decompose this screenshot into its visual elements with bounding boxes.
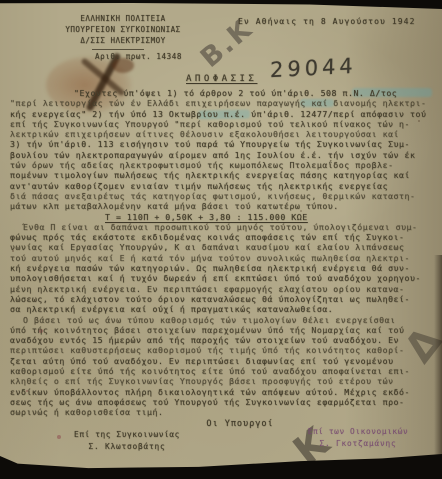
scanned-document-page: Β.Κ Δ Κ ΕΛΛΗΝΙΚΗ ΠΟΛΙΤΕΙΑ ΥΠΟΥΡΓΕΙΟΝ ΣΥΓ… bbox=[0, 0, 442, 479]
dateline: Εν Αθήναις τη 8 Αυγούστου 1942 bbox=[238, 17, 416, 26]
photo-edge-right bbox=[434, 255, 442, 479]
body-line: σωρινώς ή καθορισθείσα τιμή. bbox=[10, 407, 438, 417]
signature-block-finance-minister: Επί των Οικονομικών Σ. Γκοτζαμάνης bbox=[288, 427, 428, 448]
body-line: κληθείς ο επί τής Συγκοινωνίας Υπουργός … bbox=[10, 376, 438, 386]
body-line: επί τής Συγκοινωνίας Υπουργού "περί καθο… bbox=[10, 119, 438, 129]
body-line: περιπτώσει καθυστερήσεως καθορισμού τής … bbox=[10, 345, 438, 355]
body-line: ζεται αύτη ύπό τού αναδόχου. Εν περιπτώσ… bbox=[10, 356, 438, 366]
body-line: τού αυτού μηνός καί Ε ή κατά τόν μήνα το… bbox=[10, 253, 438, 263]
signature-role: Επί της Συγκοινωνίας bbox=[62, 430, 192, 439]
body-line: καθορισμού είτε ύπό τής κοινότητος είτε … bbox=[10, 366, 438, 376]
body-line: ενδίκων ύποβάλλοντος πλήρη δικαιολογητικ… bbox=[10, 387, 438, 397]
letterhead-ministry: ΥΠΟΥΡΓΕΙΟΝ ΣΥΓΚΟΙΝΩΝΙΑΣ bbox=[30, 24, 216, 35]
body-line: λεκτρικών επιχειρήσεων αίτινες θέλουσιν … bbox=[10, 129, 438, 139]
body-line: "περί λειτουργίας τών έν Ελλάδι επιχειρή… bbox=[10, 98, 438, 108]
body-line: αντ'αυτών καθορίζομεν ενιαίαν τιμήν πωλή… bbox=[10, 181, 438, 191]
body-line: ύπό τής κοινότητος βάσει στοιχείων παρεχ… bbox=[10, 325, 438, 335]
body-line: φώνως πρός τάς εκάστοτε εκδιδομένας κοιν… bbox=[10, 232, 438, 242]
signature-role: Επί των Οικονομικών bbox=[288, 427, 428, 436]
body-line: λώσεως, τό ελάχιστον τούτο όριον καταναλ… bbox=[10, 294, 438, 304]
body-line: αναδόχου εντός 15 ήμερών από τής παροχής… bbox=[10, 335, 438, 345]
body-line: μένη ηλεκτρική ενέργεια. Εν περιπτώσει ε… bbox=[10, 284, 438, 294]
body-line: διά πάσας ανεξαιρέτως τάς κατηγορίας φωτ… bbox=[10, 191, 438, 201]
letterhead-rule bbox=[92, 49, 144, 50]
body-line: κή ενέργεια πασών τών κατηγοριών. Ως πωλ… bbox=[10, 263, 438, 273]
body-line: σα ηλεκτρική ενέργεια καί ούχί ή πραγματ… bbox=[10, 304, 438, 314]
body-line: 3) τήν ύπ'άριθ. 113 εισήγησιν τού παρά τ… bbox=[10, 139, 438, 149]
signature-name: Σ. Γκοτζαμάνης bbox=[288, 439, 428, 448]
protocol-number: Αριθ. πρωτ. 14348 bbox=[95, 52, 182, 61]
document-title: ΑΠΟΦΑΣΙΣ bbox=[186, 74, 257, 84]
body-line: "Εχοντες ύπ'όψει 1) τό άρθρον 2 τού ύπ'ά… bbox=[10, 88, 438, 98]
signature-block-transport-minister: Επί της Συγκοινωνίας Σ. Κλωτσοβάτης bbox=[62, 430, 192, 451]
body-line: νωνίας καί Εργασίας Υπουργών, Κ αι δαπάν… bbox=[10, 242, 438, 252]
document-body: "Εχοντες ύπ'όψει 1) τό άρθρον 2 τού ύπ'ά… bbox=[10, 88, 438, 418]
body-line: υπολογισθήσεται καί ή τυχόν δωρεάν ή επί… bbox=[10, 273, 438, 283]
body-line: κής ενεργείας" 2) τήν ύπό 13 Οκτωβρίου π… bbox=[10, 109, 438, 119]
letterhead: ΕΛΛΗΝΙΚΗ ΠΟΛΙΤΕΙΑ ΥΠΟΥΡΓΕΙΟΝ ΣΥΓΚΟΙΝΩΝΙΑ… bbox=[30, 13, 216, 46]
letterhead-country: ΕΛΛΗΝΙΚΗ ΠΟΛΙΤΕΙΑ bbox=[30, 13, 216, 24]
body-line: τών όρων τής αδείας ηλεκτροφωτισμού τής … bbox=[10, 160, 438, 170]
signature-name: Σ. Κλωτσοβάτης bbox=[62, 442, 192, 451]
body-line: μάτων κλπ μεταβαλλομένην κατά μήνα βάσει… bbox=[10, 201, 438, 211]
body-line: Τ = 110Π + 0,50Κ + 3,80 : 115.000 ΚΩΕ bbox=[10, 212, 438, 222]
body-line: Ο βάσει τού ως άνω τύπου καθορισμός τών … bbox=[10, 315, 438, 325]
letterhead-directorate: Δ/ΣΙΣ ΗΛΕΚΤΡΙΣΜΟΥ bbox=[30, 35, 216, 46]
body-line: σεως τής ως άνω αποφάσεως τού Υπουργού τ… bbox=[10, 397, 438, 407]
body-line: Ένθα Π είναι αι δαπάναι προσωπικού τού μ… bbox=[10, 222, 438, 232]
handwritten-registry-number: 29044 bbox=[270, 54, 357, 83]
body-line: πομένων τιμολογίων πωλήσεως τής ηλεκτρικ… bbox=[10, 170, 438, 180]
body-line: βουλίου τών ηλεκτροπαραγωγών αίρομεν από… bbox=[10, 150, 438, 160]
